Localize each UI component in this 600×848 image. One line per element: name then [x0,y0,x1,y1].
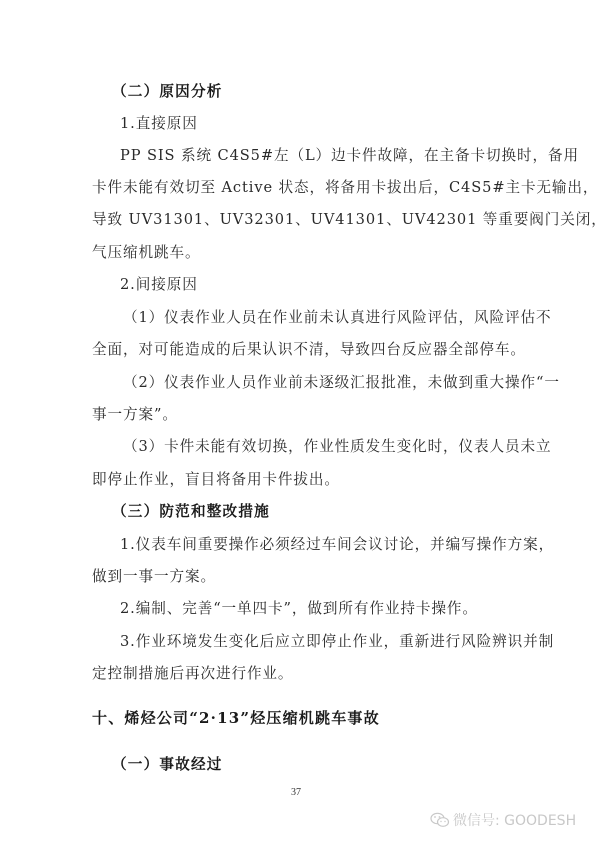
paragraph-line: 做到一事一方案。 [92,567,510,587]
paragraph-line: 全面，对可能造成的后果认识不清，导致四台反应器全部停车。 [92,340,510,360]
paragraph-line: （1）仪表作业人员在作业前未认真进行风险评估，风险评估不 [123,308,541,328]
paragraph-line: 气压缩机跳车。 [92,243,510,263]
subheading-indirect-cause: 2.间接原因 [120,275,510,295]
section-heading-cause-analysis: （二）原因分析 [112,82,530,102]
paragraph-line: 导致 UV31301、UV32301、UV41301、UV42301 等重要阀门… [92,210,510,230]
subheading-direct-cause: 1.直接原因 [120,114,510,134]
paragraph-line: 定控制措施后再次进行作业。 [92,664,510,684]
page-number: 37 [291,787,301,798]
section-heading-accident-process: （一）事故经过 [112,755,530,775]
paragraph-line: 即停止作业，盲目将备用卡件拔出。 [92,470,510,490]
paragraph-line: 3.作业环境发生变化后应立即停止作业，重新进行风险辨识并制 [120,632,510,652]
paragraph-line: 1.仪表车间重要操作必须经过车间会议讨论，并编写操作方案， [120,535,510,555]
document-page: （二）原因分析 1.直接原因 PP SIS 系统 C4S5#左（L）边卡件故障，… [0,0,600,848]
chapter-title: 十、烯烃公司“2·13”烃压缩机跳车事故 [92,708,510,728]
paragraph-line: （2）仪表作业人员作业前未逐级汇报批准，未做到重大操作“一 [123,373,541,393]
wechat-icon [430,812,450,828]
watermark-text: 微信号: GOODESH [453,810,576,830]
watermark: 微信号: GOODESH [430,810,576,830]
paragraph-line: PP SIS 系统 C4S5#左（L）边卡件故障，在主备卡切换时，备用 [120,146,510,166]
paragraph-line: （3）卡件未能有效切换，作业性质发生变化时，仪表人员未立 [123,437,541,457]
paragraph-line: 卡件未能有效切至 Active 状态，将备用卡拔出后，C4S5#主卡无输出， [92,178,510,198]
paragraph-line: 事一方案”。 [92,405,510,425]
paragraph-line: 2.编制、完善“一单四卡”，做到所有作业持卡操作。 [120,599,510,619]
section-heading-preventive-measures: （三）防范和整改措施 [112,502,530,522]
